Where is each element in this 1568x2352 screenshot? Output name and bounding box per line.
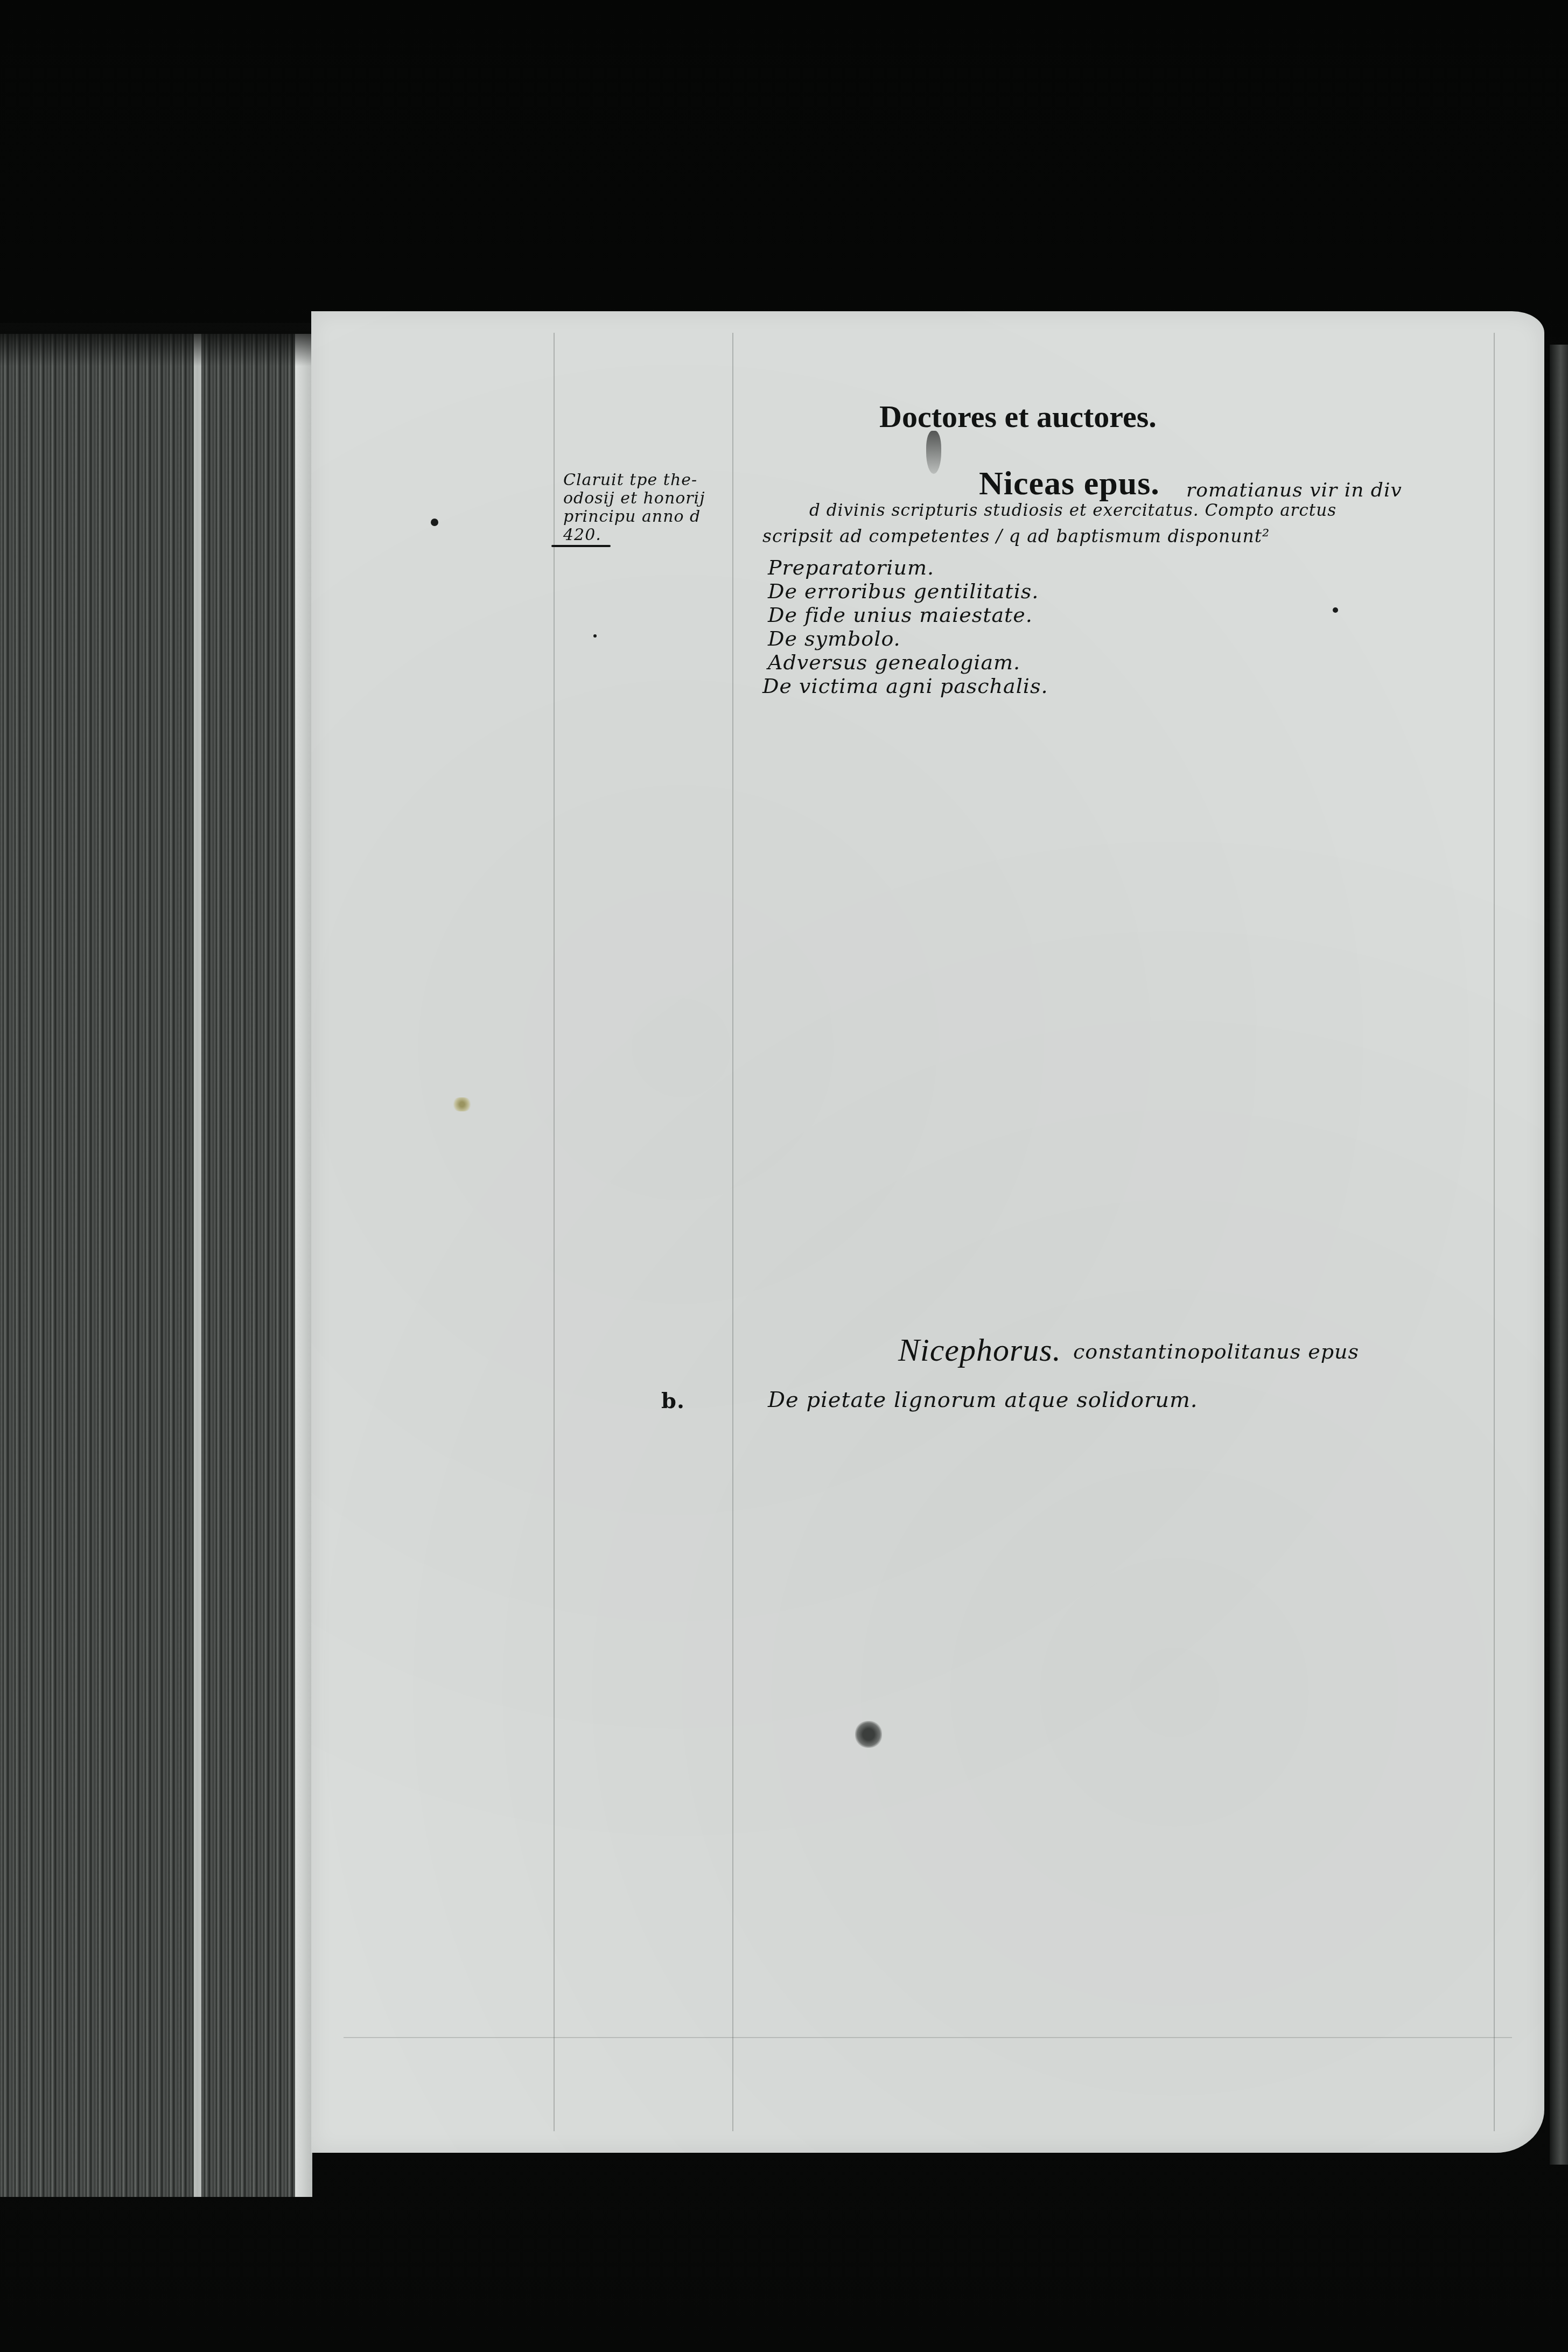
- ruling-line-horizontal: [344, 2037, 1512, 2038]
- margin-note-line: odosij et honorij: [563, 489, 705, 508]
- ink-dot: [1333, 607, 1338, 613]
- work-title: Preparatorium.: [768, 556, 1054, 579]
- entry-description-line: constantinopolitanus epus: [1073, 1340, 1359, 1363]
- ink-drip-mark: [926, 431, 941, 474]
- paper-stain: [452, 1097, 472, 1111]
- work-title: De victima agni paschalis.: [762, 674, 1048, 698]
- entry-description-line: romatianus vir in div: [1186, 479, 1402, 501]
- ink-blot: [855, 1721, 882, 1748]
- work-title: De fide unius maiestate.: [768, 603, 1054, 627]
- page-heading: Doctores et auctores.: [879, 398, 1157, 435]
- work-title: De symbolo.: [768, 627, 1054, 650]
- ruling-line-vertical: [554, 333, 555, 2131]
- entry-author: Niceas epus.: [979, 465, 1160, 503]
- work-title: De erroribus gentilitatis.: [768, 579, 1054, 603]
- ink-dot: [593, 634, 597, 638]
- works-list: Preparatorium. De erroribus gentilitatis…: [768, 556, 1054, 698]
- margin-note-line: principu anno d: [563, 507, 701, 527]
- entry-description-line: scripsit ad competentes / q ad baptismum…: [762, 526, 1270, 547]
- margin-note-underline: [551, 545, 611, 547]
- manuscript-page: Doctores et auctores. Claruit tpe the- o…: [311, 311, 1544, 2153]
- work-title: De pietate lignorum atque solidorum.: [768, 1388, 1198, 1412]
- ruling-line-vertical: [732, 333, 733, 2131]
- edge-shadow: [0, 323, 312, 366]
- entry-description-line: d divinis scripturis studiosis et exerci…: [809, 501, 1336, 520]
- book-text-block-edge: [0, 334, 312, 2197]
- ink-dot: [431, 519, 438, 526]
- ruling-line-vertical: [1494, 333, 1495, 2131]
- margin-note-line: 420.: [563, 526, 601, 545]
- facing-page-edge: [1550, 345, 1568, 2165]
- margin-note-line: Claruit tpe the-: [563, 471, 697, 490]
- entry-author: Nicephorus.: [898, 1332, 1061, 1369]
- marginal-number: b.: [661, 1388, 685, 1413]
- work-title: Adversus genealogiam.: [768, 650, 1054, 674]
